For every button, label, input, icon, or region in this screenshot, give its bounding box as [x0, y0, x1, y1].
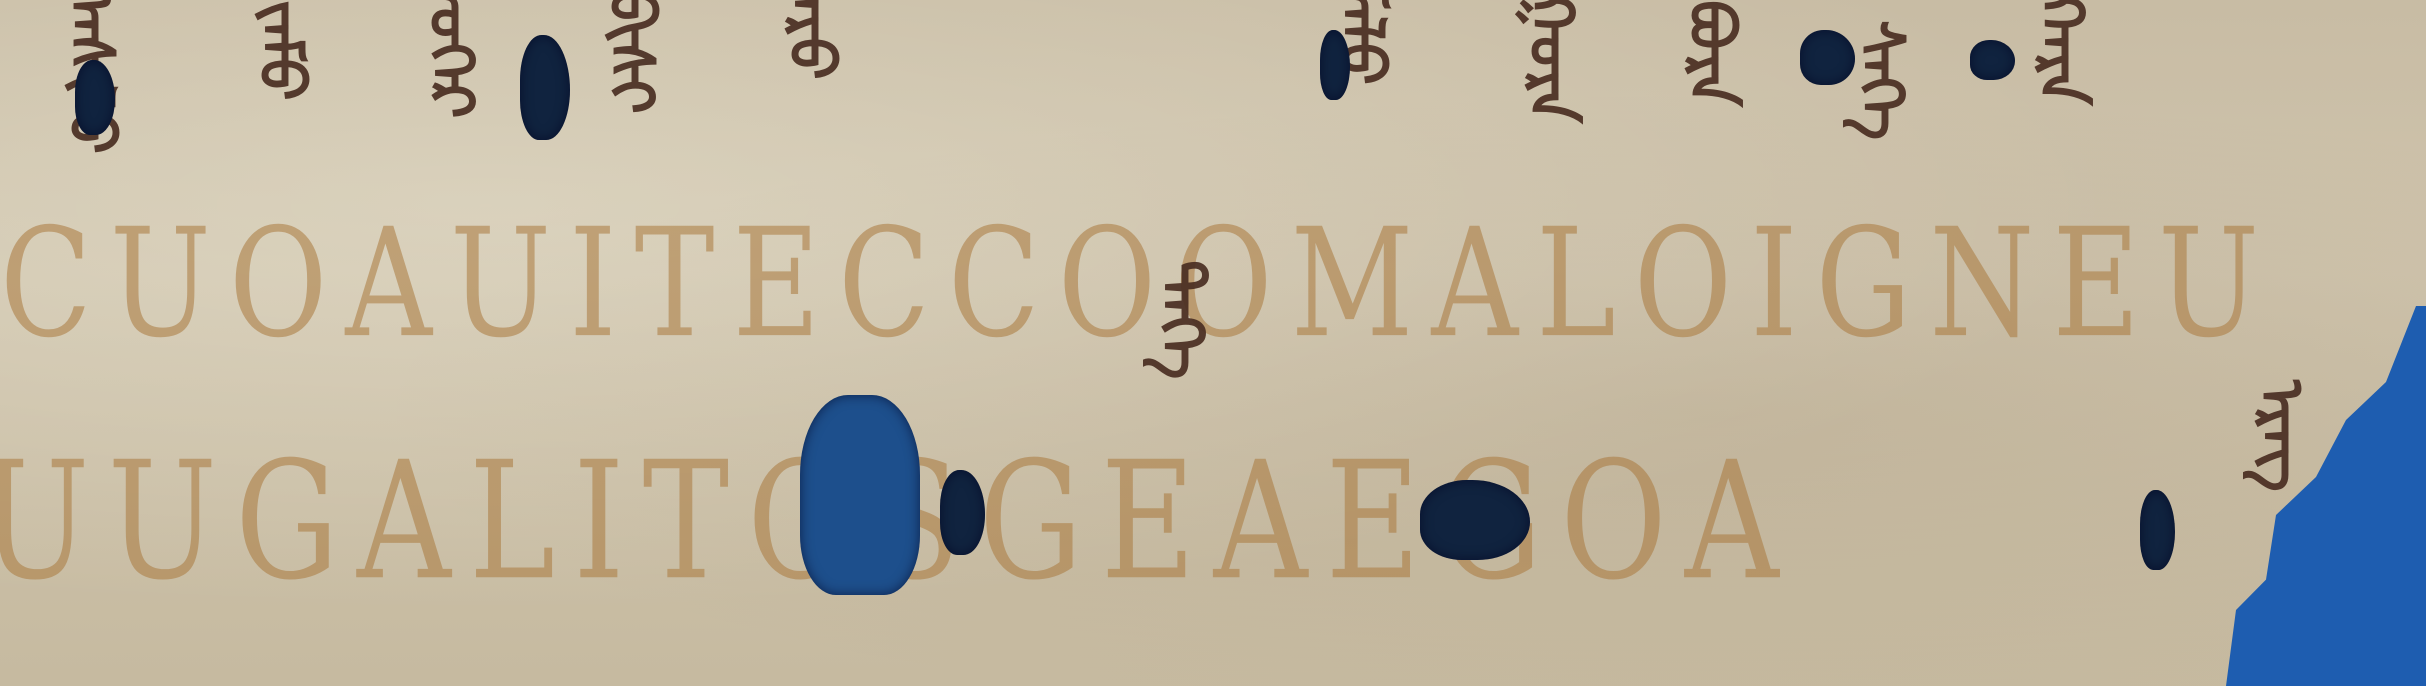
over-text-column: ᠨᠠᠷᠤ [780, 0, 842, 80]
over-text-column: ᠪᠢᠰᠢ [600, 0, 662, 114]
manuscript-photo: CUOAUITECCOOMALOIGNEU UUGALITOSGEAEGOA ᠠ… [0, 0, 2426, 686]
over-text-column: ᠡᠷᠡᠭ [2250, 380, 2312, 492]
under-text-line-1: CUOAUITECCOOMALOIGNEU [0, 198, 2277, 372]
hole [1320, 30, 1350, 100]
hole [940, 470, 985, 555]
hole [1420, 480, 1530, 560]
over-text-column: ᠭᠤᠷᠠ [1520, 0, 1582, 123]
over-text-column: ᠪᠤᠷᠠ [1680, 0, 1742, 107]
hole [1970, 40, 2015, 80]
over-text-column: ᠤᠭᠡᠷ [420, 0, 482, 118]
over-text-column: ᠰᠡᠭᠡ [1850, 20, 1912, 140]
hole [2140, 490, 2175, 570]
over-text-column: ᠬᠠᠷᠠ [2030, 0, 2092, 105]
hole [800, 395, 920, 595]
hole [520, 35, 570, 140]
hole [75, 60, 115, 135]
over-text-column: ᠵᠠᠮᠤ [250, 0, 312, 101]
hole [1800, 30, 1855, 85]
over-text-column: ᠲᠡᠭᠡ [1150, 260, 1212, 379]
